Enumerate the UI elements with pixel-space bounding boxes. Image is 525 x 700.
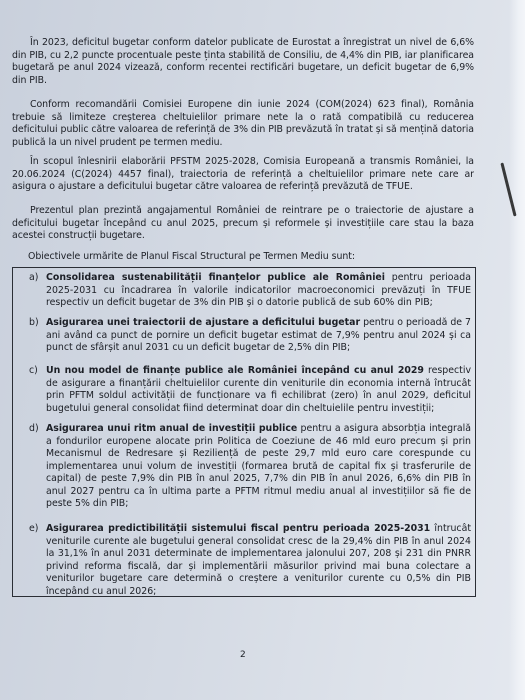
paragraph-plan-commitment: Prezentul plan prezintă angajamentul Rom… [12,205,474,243]
objective-letter: d) [29,423,39,436]
paragraph-pfstm-elaboration: În scopul înlesnirii elaborării PFSTM 20… [12,156,474,194]
paragraph-ec-recommendation: Conform recomandării Comisiei Europene d… [12,99,474,149]
objective-letter: c) [29,365,38,378]
objective-title: Asigurarea unui ritm anual de investiții… [46,423,297,434]
objective-text: pentru a asigura absorbția integrală a f… [46,423,471,509]
objective-title: Asigurarea predictibilității sistemului … [46,523,430,534]
objective-item-b: b) Asigurarea unei traiectorii de ajusta… [29,317,471,355]
objective-text: întrucât veniturile curente ale bugetulu… [46,523,471,597]
paragraph-text: În 2023, deficitul bugetar conform datel… [12,37,474,86]
page-number: 2 [240,650,246,660]
paragraph-text: În scopul înlesnirii elaborării PFSTM 20… [12,156,474,192]
objective-item-d: d) Asigurarea unui ritm anual de investi… [29,423,471,511]
paragraph-deficit-2023: În 2023, deficitul bugetar conform datel… [12,37,474,87]
objectives-box: a) Consolidarea sustenabilității finanțe… [12,267,476,597]
objective-item-c: c) Un nou model de finanțe publice ale R… [29,365,471,415]
objective-title: Un nou model de finanțe publice ale Româ… [46,365,424,376]
paper-edge [509,0,525,700]
objective-letter: b) [29,317,39,330]
objective-title: Asigurarea unei traiectorii de ajustare … [46,317,360,328]
paragraph-text: Conform recomandării Comisiei Europene d… [12,99,474,148]
objective-item-a: a) Consolidarea sustenabilității finanțe… [29,272,471,310]
objective-item-e: e) Asigurarea predictibilității sistemul… [29,523,471,598]
objectives-intro: Obiectivele urmărite de Planul Fiscal St… [28,251,490,264]
objective-title: Consolidarea sustenabilității finanțelor… [46,272,385,283]
objective-letter: e) [29,523,38,536]
paragraph-text: Obiectivele urmărite de Planul Fiscal St… [28,251,355,262]
paragraph-text: Prezentul plan prezintă angajamentul Rom… [12,205,474,241]
objective-letter: a) [29,272,38,285]
document-page: În 2023, deficitul bugetar conform datel… [0,0,525,700]
